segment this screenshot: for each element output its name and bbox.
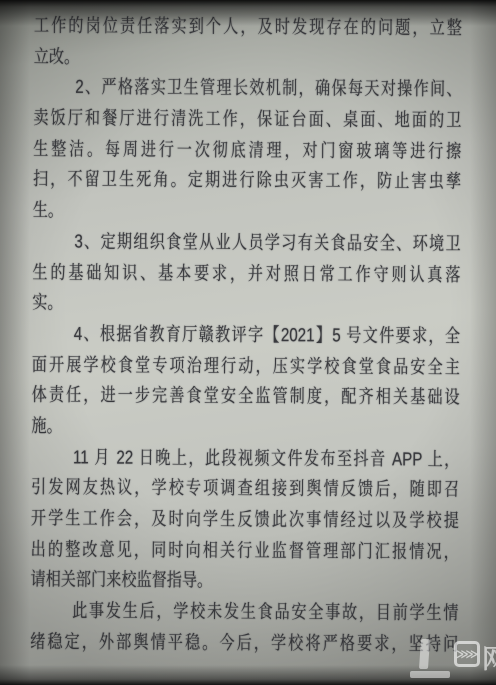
text-line: 生整洁。每周进行一次彻底清理，对门窗玻璃等进行擦 [33, 135, 461, 168]
text-line: 工作的岗位责任落实到个人，及时发现存在的问题，立整 [34, 12, 462, 45]
text-line: 11 月 22 日晚上，此段视频文件发布至抖音 APP 上， [31, 443, 459, 476]
text-line: 绪稳定，外部舆情平稳。今后，学校将严格要求，坚持问 [30, 628, 458, 661]
text-line: 立改。 [34, 43, 462, 76]
document-page: 工作的岗位责任落实到个人，及时发现存在的问题，立整立改。2、严格落实卫生管理长效… [0, 0, 496, 685]
text-line: 施。 [31, 412, 459, 445]
text-line: 生的基础知识、基本要求，并对照日常工作守则认真落 [32, 258, 460, 291]
text-line: 2、严格落实卫生管理长效机制，确保每天对操作间、 [33, 74, 461, 107]
text-line: 3、定期组织食堂从业人员学习有关食品安全、环境卫 [32, 228, 460, 261]
text-line: 请相关部门来校监督指导。 [30, 566, 458, 599]
document-photo: 工作的岗位责任落实到个人，及时发现存在的问题，立整立改。2、严格落实卫生管理长效… [0, 0, 496, 685]
text-line: 体责任，进一步完善食堂安全监管制度，配齐相关基础设 [32, 382, 460, 415]
text-line: 4、根据省教育厅赣教评字【2021】5 号文件要求，全 [32, 320, 460, 353]
text-line: 生。 [33, 197, 461, 230]
document-text: 工作的岗位责任落实到个人，及时发现存在的问题，立整立改。2、严格落实卫生管理长效… [30, 12, 462, 661]
text-line: 引发网友热议，学校专项调查组接到舆情反馈后，随即召 [31, 474, 459, 507]
text-line: 实。 [32, 289, 460, 322]
text-line: 出的整改意见，同时向相关行业监督管理部门汇报情况， [31, 535, 459, 568]
text-line: 面开展学校食堂专项治理行动，压实学校食堂食品安全主 [32, 351, 460, 384]
text-line: 此事发生后，学校未发生食品安全事故，目前学生情 [30, 597, 458, 630]
text-line: 卖饭厅和餐厅进行清洗工作，保证台面、桌面、地面的卫 [33, 104, 461, 137]
text-line: 开学生工作会，及时向学生反馈此次事情经过以及学校提 [31, 505, 459, 538]
text-line: 扫，不留卫生死角。定期进行除虫灭害工作，防止害虫孳 [33, 166, 461, 199]
